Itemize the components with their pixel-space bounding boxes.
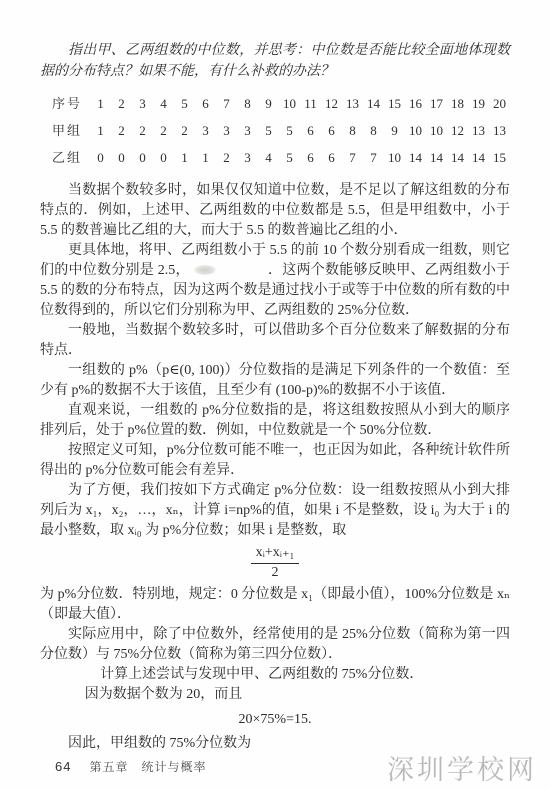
table-cell: 9 <box>258 90 279 117</box>
paragraph-special-cases: 为 p%分位数．特别地，规定：0 分位数是 x₁（即最小值），100%分位数是 … <box>40 585 510 625</box>
table-cell: 9 <box>384 117 405 144</box>
table-cell: 13 <box>342 90 363 117</box>
table-cell: 14 <box>363 90 384 117</box>
table-cell: 10 <box>384 144 405 171</box>
table-cell: 7 <box>216 90 237 117</box>
table-cell: 7 <box>363 144 384 171</box>
textbook-page: 指出甲、乙两组数的中位数，并思考：中位数是否能比较全面地体现数据的分布特点？如果… <box>0 0 550 789</box>
paragraph-percentile-definition: 一组数的 p%（p∈(0, 100)）分位数指的是满足下列条件的一个数值：至少有… <box>40 361 510 401</box>
table-cell: 0 <box>90 144 111 171</box>
chapter-title: 第五章 统计与概率 <box>89 757 206 777</box>
table-cell: 6 <box>300 144 321 171</box>
table-cell: 11 <box>300 90 321 117</box>
exercise-question: 指出甲、乙两组数的中位数，并思考：中位数是否能比较全面地体现数据的分布特点？如果… <box>40 40 510 82</box>
fraction-numerator: xᵢ+xᵢ₊₁ <box>251 545 300 564</box>
table-cell: 10 <box>279 90 300 117</box>
table-cell: 13 <box>468 117 489 144</box>
table-cell: 18 <box>447 90 468 117</box>
table-cell: 12 <box>447 117 468 144</box>
table-row-label: 乙组 <box>52 144 90 171</box>
table-cell: 3 <box>216 117 237 144</box>
calculation-formula: 20×75%=15. <box>40 710 510 730</box>
table-row-label: 甲组 <box>52 117 90 144</box>
table-cell: 4 <box>153 90 174 117</box>
table-cell: 1 <box>195 144 216 171</box>
paragraph-exercise-prompt: 计算上述尝试与发现中甲、乙两组数的 75%分位数． <box>40 665 510 685</box>
table-cell: 10 <box>426 117 447 144</box>
table-cell: 12 <box>321 90 342 117</box>
page-footer: 64 第五章 统计与概率 <box>55 757 206 777</box>
paragraph-median-limitation: 当数据个数较多时，如果仅仅知道中位数，是不足以了解这组数的分布特点的．例如，上述… <box>40 181 510 241</box>
table-cell: 1 <box>174 144 195 171</box>
table-cell: 2 <box>216 144 237 171</box>
table-cell: 14 <box>468 144 489 171</box>
table-row-label: 序号 <box>52 90 90 117</box>
paragraph-concrete-example: 更具体地，将甲、乙两组数小于 5.5 的前 10 个数分别看成一组数，则它们的中… <box>40 241 510 321</box>
table-row: 甲组1222233355668891010121313 <box>52 117 510 144</box>
data-table: 序号1234567891011121314151617181920甲组12222… <box>40 90 510 171</box>
table-cell: 0 <box>153 144 174 171</box>
table-cell: 1 <box>90 90 111 117</box>
table-row: 序号1234567891011121314151617181920 <box>52 90 510 117</box>
paragraph-therefore: 因此，甲组数的 75%分位数为 <box>40 734 510 754</box>
table-cell: 1 <box>90 117 111 144</box>
table-cell: 2 <box>153 117 174 144</box>
table-cell: 14 <box>426 144 447 171</box>
table-cell: 7 <box>342 144 363 171</box>
ink-smudge <box>190 263 268 276</box>
table-cell: 15 <box>489 144 510 171</box>
page-number: 64 <box>55 757 71 777</box>
table-cell: 19 <box>468 90 489 117</box>
table-cell: 6 <box>321 117 342 144</box>
table-cell: 15 <box>384 90 405 117</box>
table-cell: 5 <box>258 117 279 144</box>
fraction-formula: xᵢ+xᵢ₊₁ 2 <box>40 545 510 580</box>
table-cell: 2 <box>111 117 132 144</box>
table-cell: 8 <box>363 117 384 144</box>
table-cell: 20 <box>489 90 510 117</box>
table-cell: 3 <box>195 117 216 144</box>
table-cell: 0 <box>132 144 153 171</box>
table-cell: 5 <box>174 90 195 117</box>
table-cell: 8 <box>237 90 258 117</box>
table-cell: 4 <box>258 144 279 171</box>
table-cell: 6 <box>321 144 342 171</box>
table-cell: 3 <box>237 144 258 171</box>
table-cell: 10 <box>405 117 426 144</box>
paragraph-intuitive-explanation: 直观来说，一组数的 p%分位数指的是，将这组数按照从小到大的顺序排列后，处于 p… <box>40 401 510 441</box>
table-cell: 5 <box>279 144 300 171</box>
paragraph-non-uniqueness: 按照定义可知，p%分位数可能不唯一，也正因为如此，各种统计软件所得出的 p%分位… <box>40 441 510 481</box>
fraction-denominator: 2 <box>251 564 300 580</box>
paragraph-computation-method: 为了方便，我们按如下方式确定 p%分位数：设一组数按照从小到大排列后为 x₁，x… <box>40 481 510 541</box>
watermark: 深圳学校网 <box>387 760 537 780</box>
table-cell: 14 <box>447 144 468 171</box>
table-cell: 17 <box>426 90 447 117</box>
table-cell: 6 <box>300 117 321 144</box>
paragraph-since: 因为数据个数为 20，而且 <box>40 685 510 705</box>
table-cell: 2 <box>132 117 153 144</box>
table-cell: 16 <box>405 90 426 117</box>
table-cell: 8 <box>342 117 363 144</box>
table-cell: 2 <box>111 90 132 117</box>
paragraph-quartiles: 实际应用中，除了中位数外，经常使用的是 25%分位数（简称为第一四分位数）与 7… <box>40 625 510 665</box>
table-cell: 14 <box>405 144 426 171</box>
table-cell: 13 <box>489 117 510 144</box>
table-cell: 6 <box>195 90 216 117</box>
table-cell: 2 <box>174 117 195 144</box>
table-cell: 3 <box>237 117 258 144</box>
fraction: xᵢ+xᵢ₊₁ 2 <box>251 545 300 580</box>
table-row: 乙组00001123456677101414141415 <box>52 144 510 171</box>
table-cell: 5 <box>279 117 300 144</box>
paragraph-percentile-general: 一般地，当数据个数较多时，可以借助多个百分位数来了解数据的分布特点． <box>40 321 510 361</box>
table-cell: 3 <box>132 90 153 117</box>
table-cell: 0 <box>111 144 132 171</box>
